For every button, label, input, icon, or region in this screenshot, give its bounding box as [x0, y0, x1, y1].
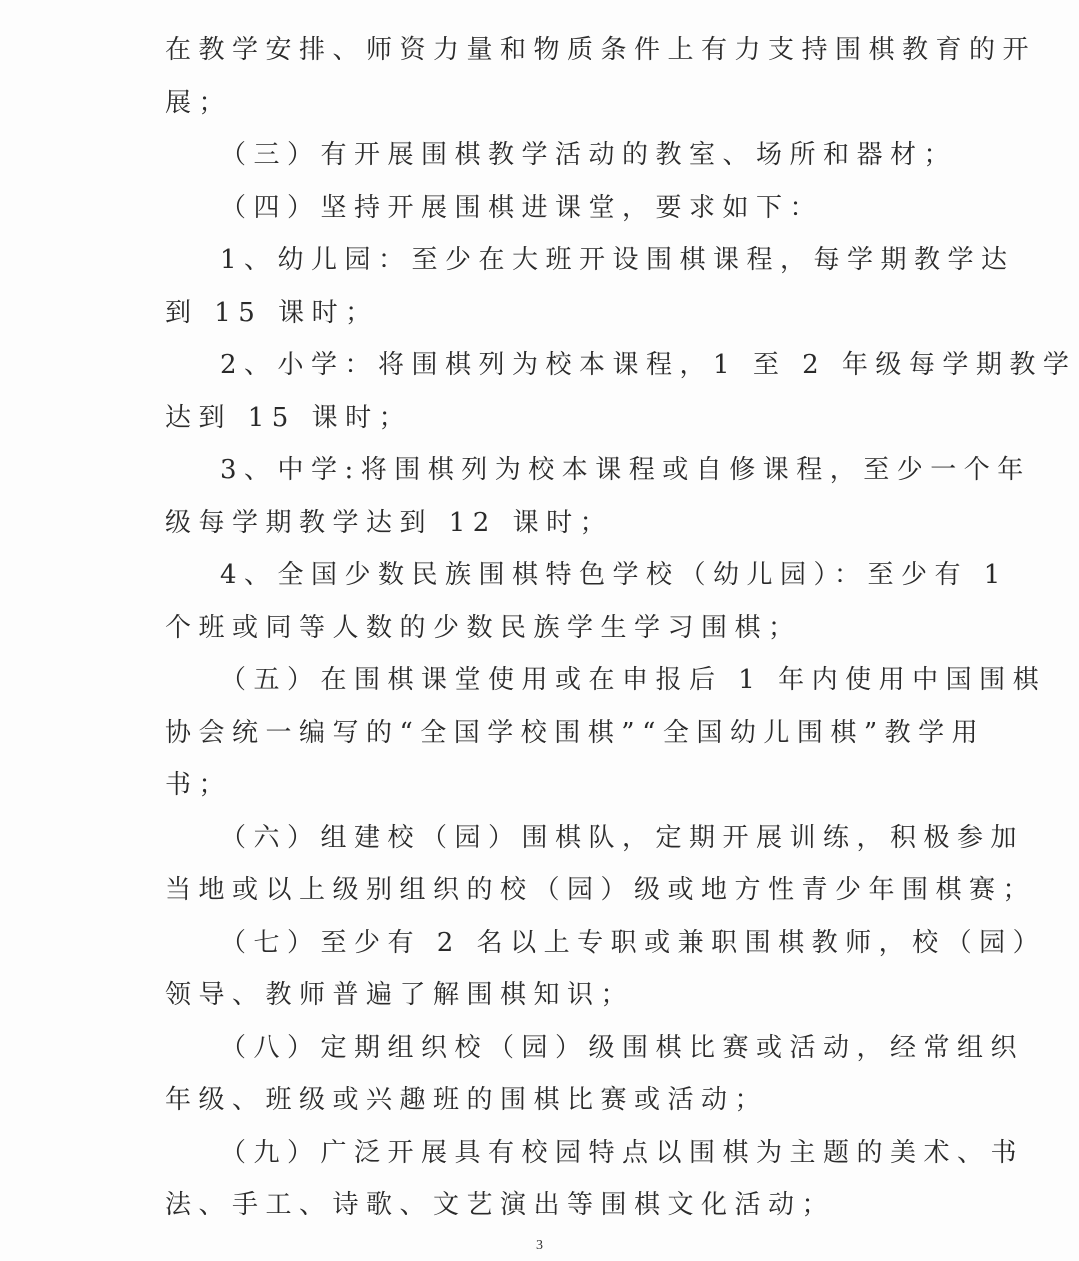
document-body: 在教学安排、师资力量和物质条件上有力支持围棋教育的开 展； （三）有开展围棋教学…: [165, 24, 890, 1232]
text-line: 3、中学:将围棋列为校本课程或自修课程，至少一个年: [165, 444, 890, 497]
text-line: （八）定期组织校（园）级围棋比赛或活动，经常组织: [165, 1022, 890, 1075]
text-line: （七）至少有 2 名以上专职或兼职围棋教师，校（园）: [165, 917, 890, 970]
text-line: 展；: [165, 77, 890, 130]
text-line: 1、幼儿园：至少在大班开设围棋课程，每学期教学达: [165, 234, 890, 287]
text-line: 到 15 课时；: [165, 287, 890, 340]
text-line: 法、手工、诗歌、文艺演出等围棋文化活动；: [165, 1179, 890, 1232]
text-line: 协会统一编写的“全国学校围棋”“全国幼儿围棋”教学用: [165, 707, 890, 760]
text-line: 在教学安排、师资力量和物质条件上有力支持围棋教育的开: [165, 24, 890, 77]
page-number: 3: [0, 1238, 1079, 1254]
document-page: 在教学安排、师资力量和物质条件上有力支持围棋教育的开 展； （三）有开展围棋教学…: [0, 0, 1079, 1261]
text-line: 当地或以上级别组织的校（园）级或地方性青少年围棋赛；: [165, 864, 890, 917]
text-line: 达到 15 课时；: [165, 392, 890, 445]
text-line: 书；: [165, 759, 890, 812]
text-line: （六）组建校（园）围棋队，定期开展训练，积极参加: [165, 812, 890, 865]
text-line: 领导、教师普遍了解围棋知识；: [165, 969, 890, 1022]
text-line: （三）有开展围棋教学活动的教室、场所和器材；: [165, 129, 890, 182]
text-line: 年级、班级或兴趣班的围棋比赛或活动；: [165, 1074, 890, 1127]
text-line: 2、小学：将围棋列为校本课程，1 至 2 年级每学期教学: [165, 339, 890, 392]
text-line: 4、全国少数民族围棋特色学校（幼儿园）：至少有 1: [165, 549, 890, 602]
text-line: （五）在围棋课堂使用或在申报后 1 年内使用中国围棋: [165, 654, 890, 707]
text-line: 级每学期教学达到 12 课时；: [165, 497, 890, 550]
text-line: 个班或同等人数的少数民族学生学习围棋；: [165, 602, 890, 655]
text-line: （四）坚持开展围棋进课堂，要求如下：: [165, 182, 890, 235]
text-line: （九）广泛开展具有校园特点以围棋为主题的美术、书: [165, 1127, 890, 1180]
